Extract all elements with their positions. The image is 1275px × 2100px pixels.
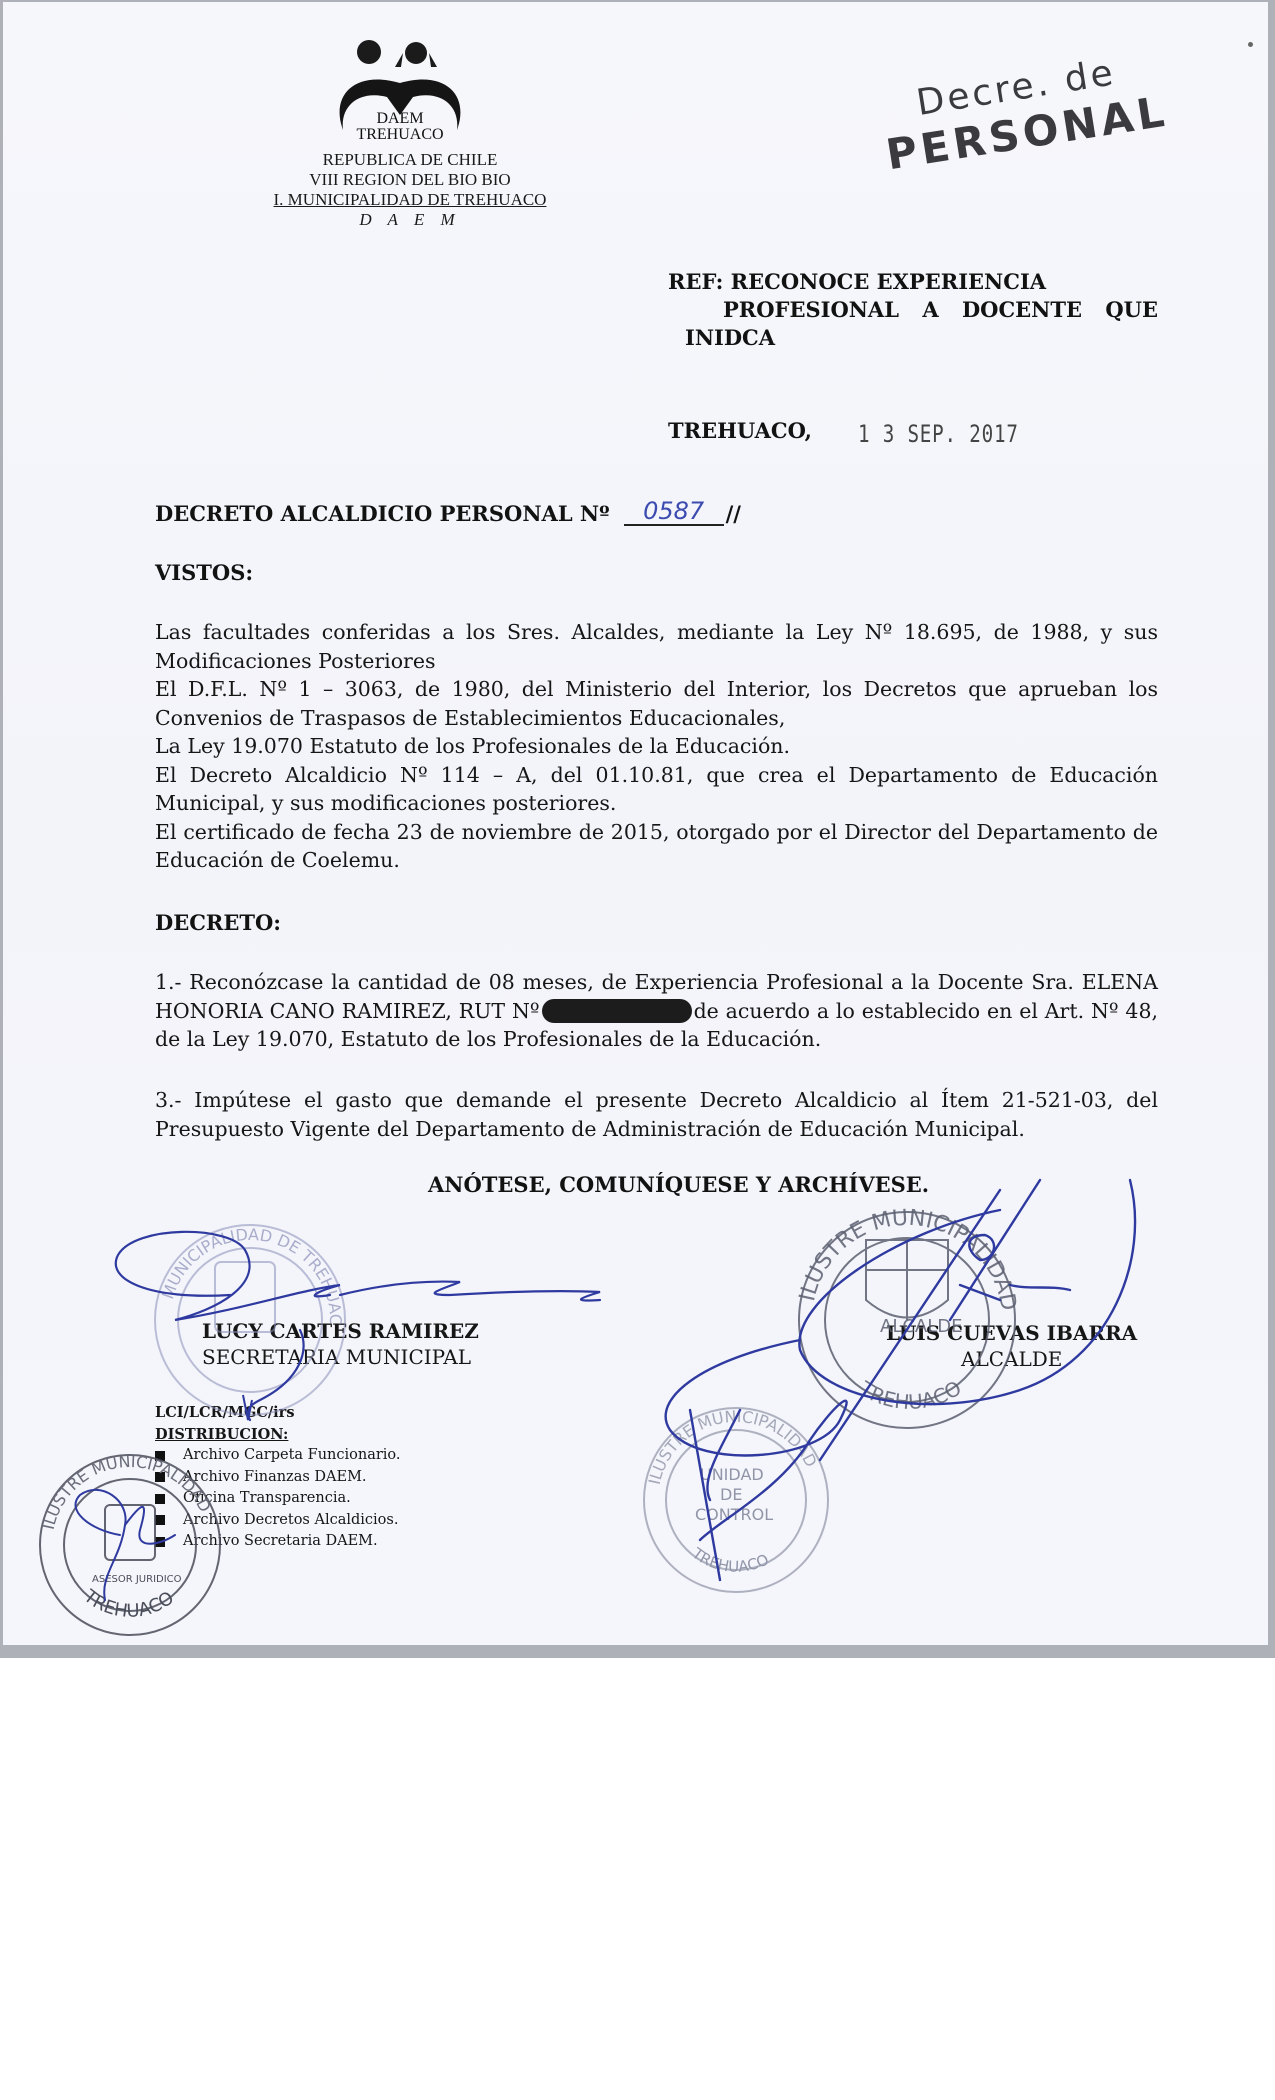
list-item: Archivo Secretaria DAEM. <box>155 1531 401 1553</box>
list-item: Archivo Decretos Alcaldicios. <box>155 1510 401 1532</box>
signatory-name: LUCY CARTES RAMIREZ <box>202 1318 479 1344</box>
decreto-item-3: 3.- Impútese el gasto que demande el pre… <box>155 1086 1158 1143</box>
decree-suffix: // <box>726 501 741 526</box>
square-bullet-icon <box>155 1537 165 1547</box>
closing-formula: ANÓTESE, COMUNÍQUESE Y ARCHÍVESE. <box>428 1172 929 1197</box>
list-item-text: Archivo Carpeta Funcionario. <box>183 1445 401 1467</box>
letterhead-municipality: I. MUNICIPALIDAD DE TREHUACO <box>250 190 570 210</box>
decree-title-line: DECRETO ALCALDICIO PERSONAL Nº 0587 // <box>155 498 741 526</box>
list-item: Archivo Finanzas DAEM. <box>155 1467 401 1489</box>
distribution-list: Archivo Carpeta Funcionario. Archivo Fin… <box>155 1445 401 1553</box>
place-label: TREHUACO, <box>668 418 812 443</box>
svg-text:TREHUACO: TREHUACO <box>356 126 443 143</box>
initials: LCI/LCR/MGC/irs <box>155 1402 401 1424</box>
square-bullet-icon <box>155 1472 165 1482</box>
daem-trehuaco-logo: DAEM TREHUACO <box>325 35 475 145</box>
vistos-paragraph: El D.F.L. Nº 1 – 3063, de 1980, del Mini… <box>155 675 1158 732</box>
vistos-paragraph: El Decreto Alcaldicio Nº 114 – A, del 01… <box>155 761 1158 818</box>
letterhead-country: REPUBLICA DE CHILE <box>250 150 570 170</box>
reference-word: A <box>922 296 938 324</box>
reference-line-2: PROFESIONAL A DOCENTE QUE <box>668 296 1158 324</box>
vistos-heading: VISTOS: <box>155 560 253 585</box>
reference-word: QUE <box>1105 296 1158 324</box>
reference-line-1: REF: RECONOCE EXPERIENCIA <box>668 268 1158 296</box>
reference-word: PROFESIONAL <box>723 296 899 324</box>
vistos-paragraph: El certificado de fecha 23 de noviembre … <box>155 818 1158 875</box>
square-bullet-icon <box>155 1494 165 1504</box>
distribution-block: LCI/LCR/MGC/irs DISTRIBUCION: Archivo Ca… <box>155 1402 401 1553</box>
list-item-text: Oficina Transparencia. <box>183 1488 351 1510</box>
reference-word: DOCENTE <box>962 296 1082 324</box>
decree-title: DECRETO ALCALDICIO PERSONAL Nº <box>155 501 610 526</box>
list-item-text: Archivo Secretaria DAEM. <box>183 1531 378 1553</box>
date-stamp: 1 3 SEP. 2017 <box>858 420 1019 448</box>
signatory-name: LUIS CUEVAS IBARRA <box>886 1320 1137 1346</box>
reference-line-3: INIDCA <box>668 324 1158 352</box>
signatory-title: SECRETARIA MUNICIPAL <box>202 1344 479 1370</box>
square-bullet-icon <box>155 1451 165 1461</box>
list-item: Archivo Carpeta Funcionario. <box>155 1445 401 1467</box>
distribution-heading: DISTRIBUCION: <box>155 1424 401 1446</box>
vistos-paragraph: La Ley 19.070 Estatuto de los Profesiona… <box>155 732 1158 761</box>
reference-block: REF: RECONOCE EXPERIENCIA PROFESIONAL A … <box>668 268 1158 352</box>
square-bullet-icon <box>155 1515 165 1525</box>
vistos-paragraph: Las facultades conferidas a los Sres. Al… <box>155 618 1158 675</box>
decree-number-handwritten: 0587 <box>624 498 724 526</box>
vistos-body: Las facultades conferidas a los Sres. Al… <box>155 618 1158 875</box>
svg-text:DAEM: DAEM <box>376 110 423 127</box>
list-item-text: Archivo Finanzas DAEM. <box>183 1467 367 1489</box>
decreto-heading: DECRETO: <box>155 910 281 935</box>
signature-block-secretary: LUCY CARTES RAMIREZ SECRETARIA MUNICIPAL <box>202 1318 479 1370</box>
signature-block-mayor: LUIS CUEVAS IBARRA ALCALDE <box>886 1320 1137 1372</box>
signatory-title: ALCALDE <box>886 1346 1137 1372</box>
letterhead-department: D A E M <box>250 210 570 230</box>
decreto-item-3-text: 3.- Impútese el gasto que demande el pre… <box>155 1086 1158 1143</box>
scan-speck <box>1248 42 1253 47</box>
letterhead-region: VIII REGION DEL BIO BIO <box>250 170 570 190</box>
list-item-text: Archivo Decretos Alcaldicios. <box>183 1510 398 1532</box>
decreto-item-1: 1.- Reconózcase la cantidad de 08 meses,… <box>155 968 1158 1054</box>
redacted-rut <box>542 999 692 1023</box>
list-item: Oficina Transparencia. <box>155 1488 401 1510</box>
